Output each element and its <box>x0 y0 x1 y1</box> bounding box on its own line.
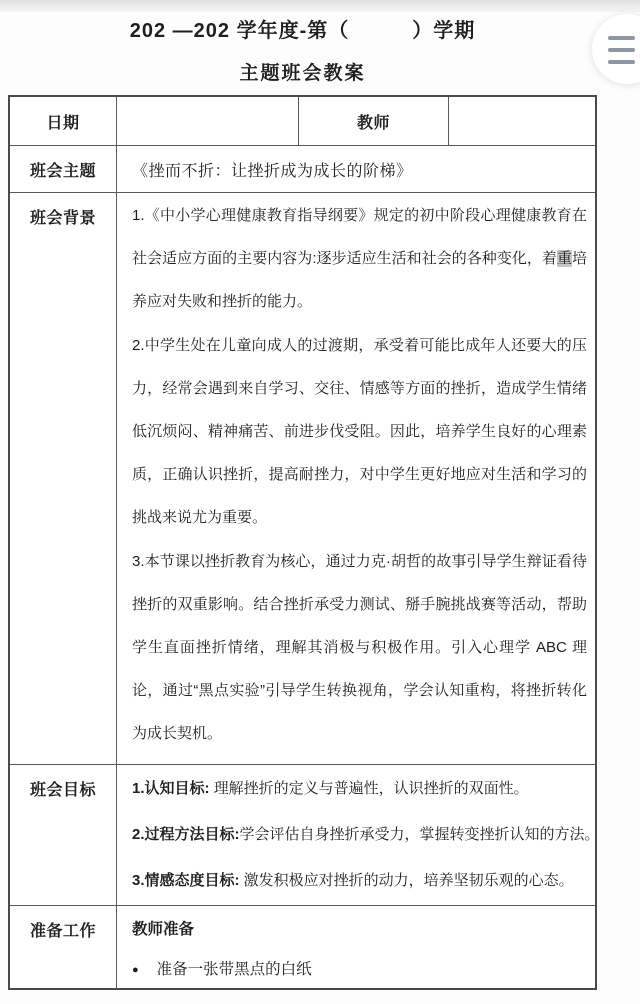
lesson-plan-table: 日期 教师 班会主题 《挫而不折：让挫折成为成长的阶梯》 班会背景 1.《中小学… <box>8 95 597 990</box>
bullet-text: 准备一张带黑点的白纸 <box>157 961 312 978</box>
goal-item: 3.情感态度目标: 激发积极应对挫折的动力，培养坚韧乐观的心态。 <box>132 857 587 903</box>
teacher-label: 教师 <box>298 97 448 145</box>
text-segment: 激发积极应对挫折的动力，培养坚韧乐观的心态。 <box>240 872 574 889</box>
background-paragraph: 2.中学生处在儿童向成人的过渡期，承受着可能比成年人还要大的压力，经常会遇到来自… <box>132 323 587 539</box>
goal-label-bold: 2.过程方法目标: <box>132 826 240 843</box>
table-row-background: 班会背景 1.《中小学心理健康教育指导纲要》规定的初中阶段心理健康教育在社会适应… <box>10 192 595 764</box>
preparation-label: 准备工作 <box>10 906 116 990</box>
background-label: 班会背景 <box>10 193 116 764</box>
bullet-icon: ● <box>132 964 139 976</box>
theme-label: 班会主题 <box>10 146 116 192</box>
text-segment: 理解挫折的定义与普遍性，认识挫折的双面性。 <box>210 780 529 797</box>
teacher-prep-subheading: 教师准备 <box>132 910 587 950</box>
table-row-theme: 班会主题 《挫而不折：让挫折成为成长的阶梯》 <box>10 145 595 192</box>
page-top-strip <box>0 0 640 12</box>
table-row-date: 日期 教师 <box>10 97 595 145</box>
background-paragraph: 1.《中小学心理健康教育指导纲要》规定的初中阶段心理健康教育在社会适应方面的主要… <box>132 193 587 323</box>
date-label: 日期 <box>10 97 116 145</box>
menu-button[interactable] <box>592 14 640 84</box>
goal-label-bold: 3.情感态度目标: <box>132 872 240 889</box>
table-row-goals: 班会目标 1.认知目标: 理解挫折的定义与普遍性，认识挫折的双面性。2.过程方法… <box>10 764 595 905</box>
goals-content: 1.认知目标: 理解挫折的定义与普遍性，认识挫折的双面性。2.过程方法目标:学会… <box>116 765 595 905</box>
goal-item: 2.过程方法目标:学会评估自身挫折承受力，掌握转变挫折认知的方法。 <box>132 811 587 857</box>
goal-label-bold: 1.认知目标: <box>132 780 210 797</box>
table-row-preparation: 准备工作 教师准备 ●准备一张带黑点的白纸 <box>10 905 595 988</box>
goals-label: 班会目标 <box>10 765 116 905</box>
text-segment: 1.《中小学心理健康教育指导纲要》规定的初中阶段心理健康教育在社会适应方面的主要… <box>132 207 587 267</box>
prep-bullet-item: ●准备一张带黑点的白纸 <box>132 950 587 990</box>
theme-value: 《挫而不折：让挫折成为成长的阶梯》 <box>116 146 595 192</box>
text-segment: 学会评估自身挫折承受力，掌握转变挫折认知的方法。 <box>240 826 600 843</box>
preparation-content: 教师准备 ●准备一张带黑点的白纸 <box>116 906 595 990</box>
highlighted-char: 重 <box>557 250 572 267</box>
doc-title-year: 202 —202 学年度-第（ ）学期 <box>8 13 597 50</box>
text-segment: 3.本节课以挫折教育为核心，通过力克·胡哲的故事引导学生辩证看待挫折的双重影响。… <box>132 553 587 742</box>
text-segment: 2.中学生处在儿童向成人的过渡期，承受着可能比成年人还要大的压力，经常会遇到来自… <box>132 337 587 526</box>
document-header: 202 —202 学年度-第（ ）学期 主题班会教案 <box>8 13 597 92</box>
teacher-value-cell[interactable] <box>448 97 595 145</box>
teacher-prep-bullets: ●准备一张带黑点的白纸 <box>132 950 587 990</box>
date-value-cell[interactable] <box>116 97 298 145</box>
background-content: 1.《中小学心理健康教育指导纲要》规定的初中阶段心理健康教育在社会适应方面的主要… <box>116 193 595 764</box>
doc-title-main: 主题班会教案 <box>8 56 597 92</box>
goal-item: 1.认知目标: 理解挫折的定义与普遍性，认识挫折的双面性。 <box>132 765 587 811</box>
background-paragraph: 3.本节课以挫折教育为核心，通过力克·胡哲的故事引导学生辩证看待挫折的双重影响。… <box>132 539 587 755</box>
